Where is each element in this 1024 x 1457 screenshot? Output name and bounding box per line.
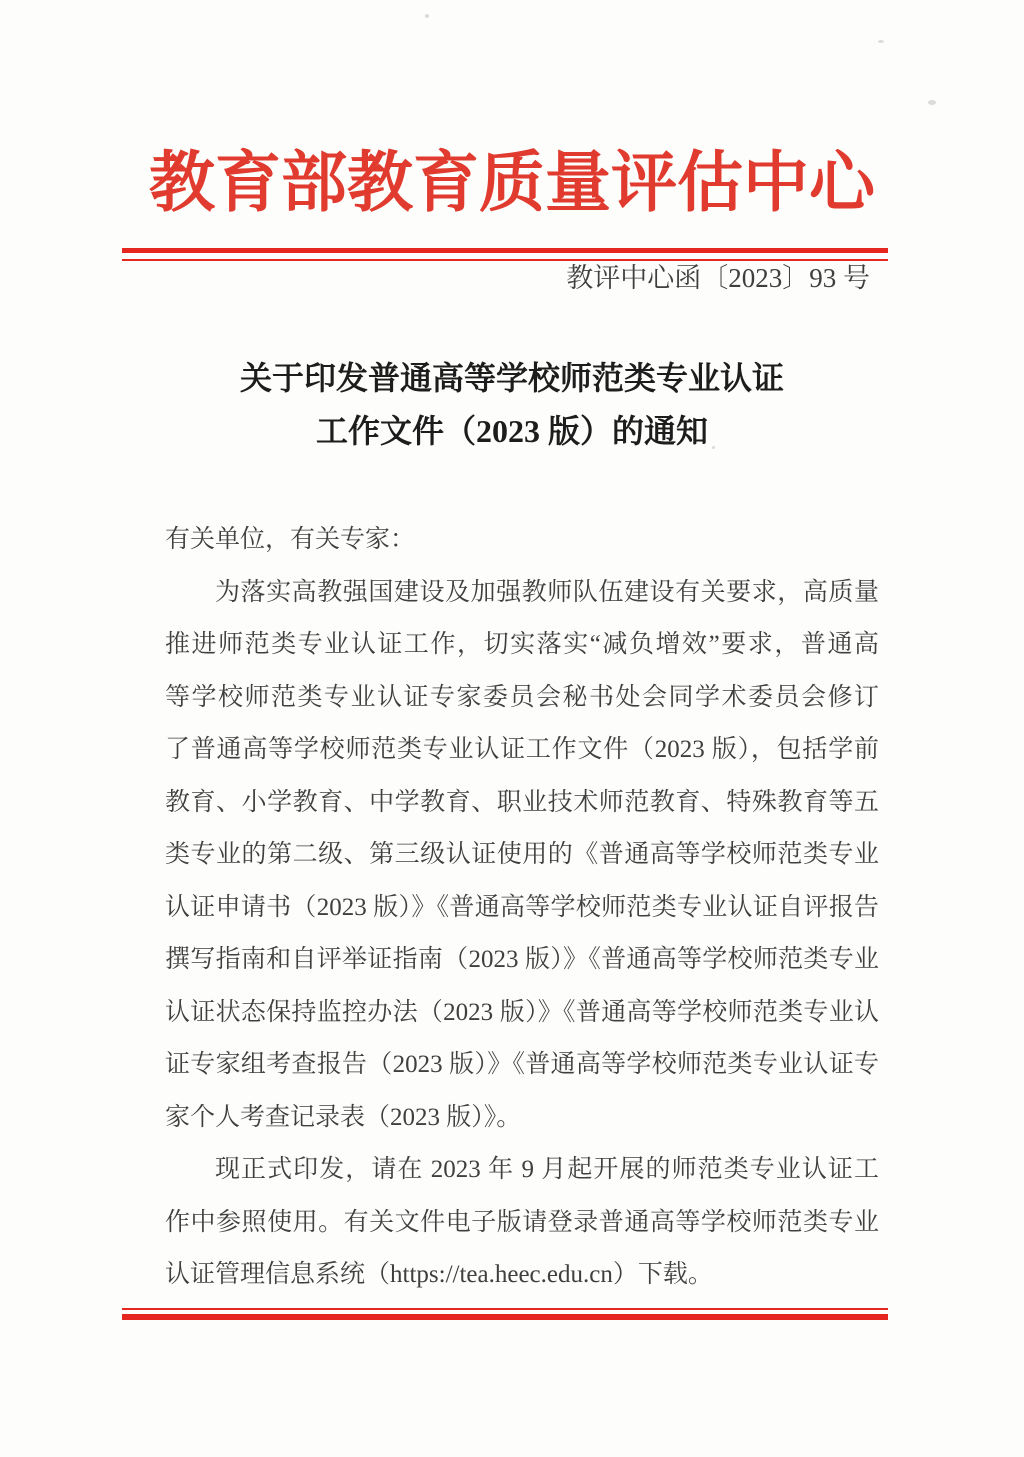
body-line: 认证申请书（2023 版）》《普通高等学校师范类专业认证自评报告 [165, 882, 879, 935]
footer-rule-thick [122, 1314, 888, 1320]
body-line-url: 认证管理信息系统（https://tea.heec.edu.cn）下载。 [165, 1249, 879, 1302]
body-line: 认证状态保持监控办法（2023 版）》《普通高等学校师范类专业认 [165, 987, 879, 1040]
scan-speck [425, 14, 429, 18]
body-line: 撰写指南和自评举证指南（2023 版）》《普通高等学校师范类专业 [165, 934, 879, 987]
document-title-line2: 工作文件（2023 版）的通知 [0, 405, 1024, 458]
body-line: 家个人考查记录表（2023 版）》。 [165, 1092, 879, 1145]
scan-speck [928, 100, 936, 105]
body-line: 类专业的第二级、第三级认证使用的《普通高等学校师范类专业 [165, 829, 879, 882]
letterhead-rule-thick [122, 248, 888, 253]
document-title-line1: 关于印发普通高等学校师范类专业认证 [0, 352, 1024, 405]
body-line: 了普通高等学校师范类专业认证工作文件（2023 版），包括学前 [165, 724, 879, 777]
footer-rule-thin [122, 1308, 888, 1310]
letterhead-org-name: 教育部教育质量评估中心 [0, 136, 1024, 232]
letterhead-rule-thin [122, 259, 888, 261]
body-line: 作中参照使用。有关文件电子版请登录普通高等学校师范类专业 [165, 1197, 879, 1250]
body-line: 教育、小学教育、中学教育、职业技术师范教育、特殊教育等五 [165, 777, 879, 830]
scan-speck [878, 40, 884, 43]
body-line: 等学校师范类专业认证专家委员会秘书处会同学术委员会修订 [165, 672, 879, 725]
document-body: 有关单位，有关专家： 为落实高教强国建设及加强教师队伍建设有关要求，高质量 推进… [165, 514, 879, 1302]
body-line-salutation: 有关单位，有关专家： [165, 514, 879, 567]
body-line: 现正式印发，请在 2023 年 9 月起开展的师范类专业认证工 [165, 1144, 879, 1197]
document-number: 教评中心函〔2023〕93 号 [566, 262, 870, 294]
body-line: 推进师范类专业认证工作，切实落实“减负增效”要求，普通高 [165, 619, 879, 672]
document-title: 关于印发普通高等学校师范类专业认证 工作文件（2023 版）的通知 [0, 352, 1024, 458]
body-line: 证专家组考查报告（2023 版）》《普通高等学校师范类专业认证专 [165, 1039, 879, 1092]
scanned-official-document-page: 教育部教育质量评估中心 教评中心函〔2023〕93 号 关于印发普通高等学校师范… [0, 0, 1024, 1457]
body-line: 为落实高教强国建设及加强教师队伍建设有关要求，高质量 [165, 567, 879, 620]
scan-speck [712, 446, 715, 449]
